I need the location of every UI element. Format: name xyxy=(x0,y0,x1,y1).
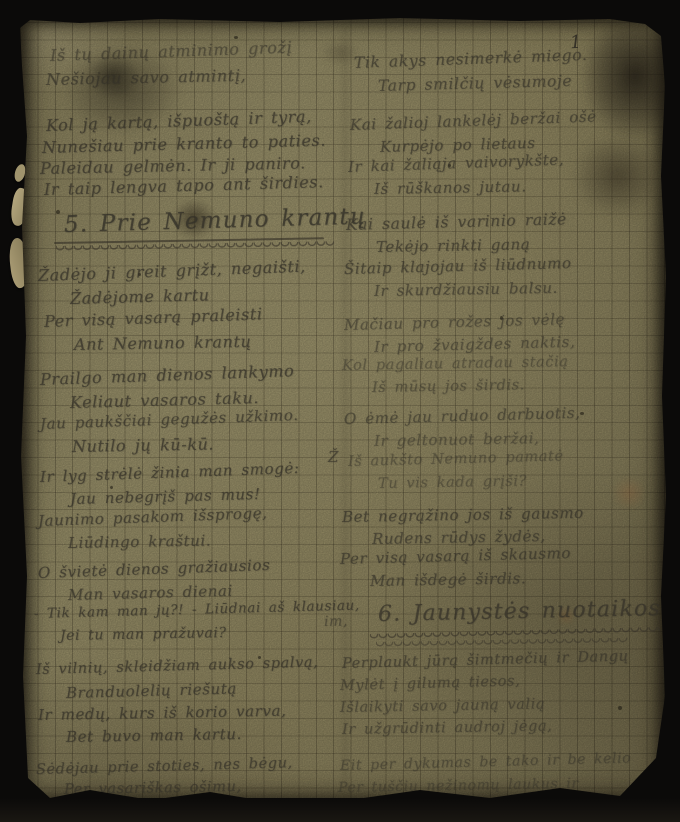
poem-heading: 6. Jaunystės nuotaikos xyxy=(378,596,661,627)
handwriting-layer: 1 Iš tų dainų atminimo grožįNešiojau sav… xyxy=(20,16,666,806)
handwritten-line: Iš vilnių, skleidžiam aukso spalvą, xyxy=(36,655,319,678)
photo-backdrop: { "photo": { "description": "Old handwri… xyxy=(0,0,680,822)
handwritten-line: Mačiau pro rožes jos vėlę xyxy=(344,310,565,334)
handwritten-line: Liūdingo kraštui. xyxy=(68,532,212,552)
handwritten-line: Kai žalioj lankelėj beržai ošė xyxy=(350,107,597,134)
handwritten-line: Iš rūškanos jutau. xyxy=(374,177,527,198)
handwritten-line: Tu vis kada grįši? xyxy=(378,473,527,492)
handwritten-line: Iš aukšto Nemuno pamatė xyxy=(348,448,564,470)
handwritten-line: Eit per dykumas be tako ir be kelio xyxy=(340,750,632,774)
handwritten-line: Man išdegė širdis. xyxy=(370,569,527,590)
handwritten-line: Prailgo man dienos lankymo xyxy=(40,361,295,389)
handwritten-line: Žadėjome kartu xyxy=(70,285,210,308)
handwritten-line: Tik akys nesimerkė miego. xyxy=(354,46,588,72)
handwritten-line: Šitaip klajojau iš liūdnumo xyxy=(344,254,572,278)
handwritten-line: Ir geltonuot beržai, xyxy=(374,429,540,450)
notebook-photo: 1 Iš tų dainų atminimo grožįNešiojau sav… xyxy=(0,0,680,822)
handwritten-line: Bet buvo man kartu. xyxy=(66,725,242,746)
notebook-page: 1 Iš tų dainų atminimo grožįNešiojau sav… xyxy=(20,16,666,806)
handwritten-line: Išlaikyti savo jauną valią xyxy=(340,696,545,716)
handwritten-line: O švietė dienos gražiausios xyxy=(38,556,271,582)
handwritten-line: Nešiojau savo atmintį, xyxy=(46,66,247,89)
handwritten-line: Kai saulė iš varinio raižė xyxy=(346,210,567,234)
handwritten-line: Tarp smilčių vėsumoje xyxy=(378,72,573,95)
handwritten-line: Ir medų, kurs iš korio varva, xyxy=(38,702,287,724)
poem-heading: 5. Prie Nemuno krantų xyxy=(64,204,367,238)
handwritten-line: Branduolelių riešutą xyxy=(66,680,237,702)
handwritten-line: Kol pagaliau atradau stačią xyxy=(342,354,569,374)
handwritten-line: Ir skurdžiausiu balsu. xyxy=(374,279,558,300)
handwritten-line: Bet negrąžino jos iš gausmo xyxy=(342,504,584,526)
handwritten-line: Tekėjo rinkti ganą xyxy=(376,235,531,256)
handwritten-line: Iš mūsų jos širdis. xyxy=(372,377,525,396)
handwritten-line: Ir lyg strėlė žinia man smogė: xyxy=(40,459,300,486)
handwritten-line: Per visą vasarą praleisti xyxy=(44,304,263,331)
handwritten-line: Per tuščių nežinomų laukus ir xyxy=(338,776,579,796)
handwritten-line: Per vasariškas ošimu, xyxy=(64,779,242,798)
handwritten-line: Žadėjo ji greit grįžt, negaišti, xyxy=(38,257,306,285)
handwritten-line: Perplaukt jūrą šimtmečių ir Dangų xyxy=(342,648,629,671)
handwritten-line: Ant Nemuno krantų xyxy=(74,332,252,354)
handwritten-line: Sėdėjau prie stoties, nes bėgu, xyxy=(36,755,293,778)
handwritten-line: Mylėt į gilumą tiesos, xyxy=(340,673,521,694)
handwritten-line: Nutilo jų kū-kū. xyxy=(72,435,214,456)
table-surface xyxy=(0,798,680,822)
handwritten-line: O ėmė jau ruduo darbuotis, xyxy=(344,404,581,428)
handwritten-line: Jei tu man pražuvai? xyxy=(60,625,227,644)
handwritten-line: Iš tų dainų atminimo grožį xyxy=(50,38,293,65)
handwritten-line: Ž xyxy=(328,448,339,466)
handwritten-line: im, xyxy=(324,614,348,630)
handwritten-line: Ir pro žvaigždes naktis, xyxy=(374,333,576,356)
handwritten-line: Kol ją kartą, išpuoštą ir tyrą, xyxy=(46,107,312,135)
handwritten-line: Ir užgrūdinti audroj jėgą, xyxy=(342,718,553,738)
heading-underline-wavy xyxy=(376,638,628,648)
